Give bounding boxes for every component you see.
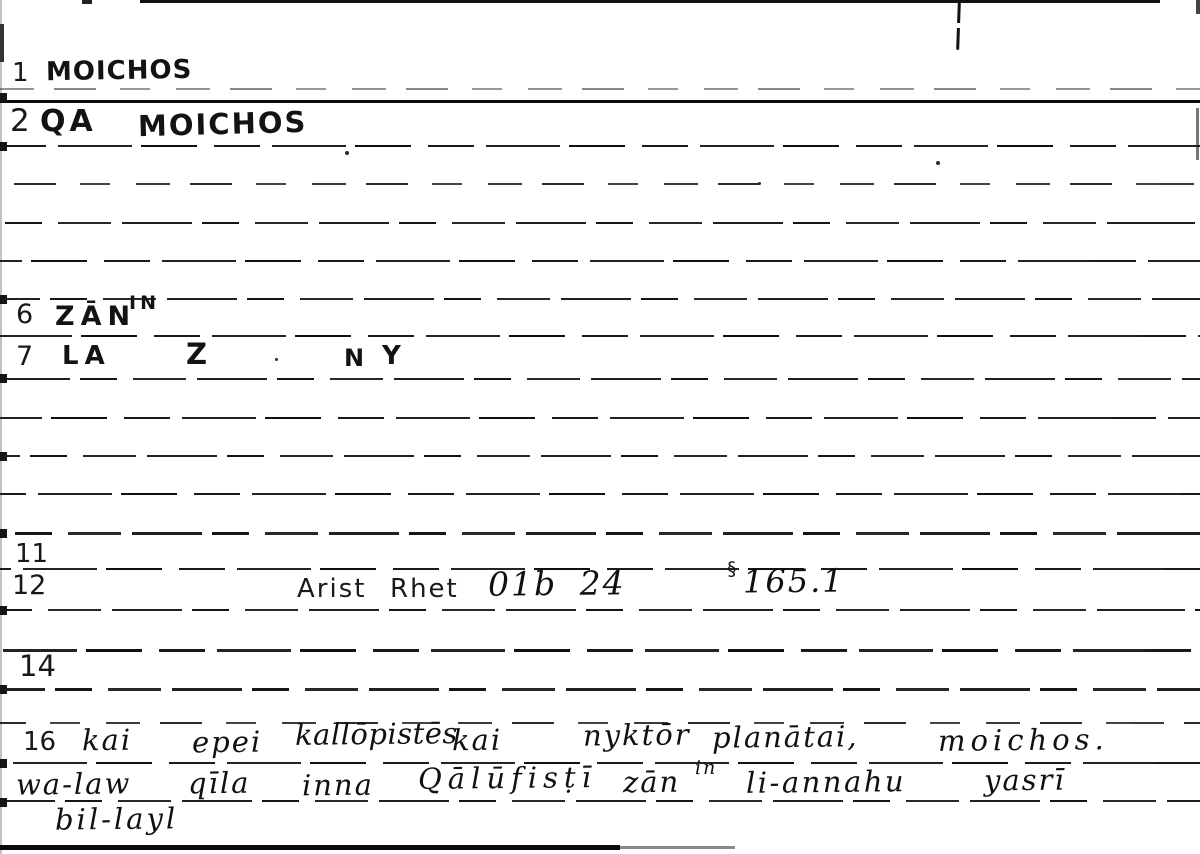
translit-word: bil-layl bbox=[55, 804, 178, 834]
scan-edge-artifact bbox=[1196, 108, 1199, 160]
quote-word: kai bbox=[452, 726, 502, 756]
section-number: 165.1 bbox=[743, 564, 845, 597]
nominative-ending-superscript: in bbox=[695, 759, 718, 778]
quote-word: moichos. bbox=[938, 725, 1109, 756]
speck bbox=[345, 151, 349, 155]
left-margin-tick bbox=[0, 374, 7, 383]
quote-word: nyktōr bbox=[583, 720, 691, 750]
quote-word: epei bbox=[192, 728, 262, 758]
letter-token-n: N bbox=[344, 346, 364, 370]
translit-word: yasrī bbox=[984, 766, 1066, 796]
translit-word: zān bbox=[623, 768, 681, 798]
source-abbreviation: QA bbox=[40, 107, 97, 137]
ruled-line bbox=[0, 100, 1200, 103]
translit-word: li-annahu bbox=[746, 767, 906, 798]
letter-token-y: Y bbox=[382, 343, 401, 369]
ruled-line bbox=[0, 335, 1200, 337]
row-number-2: 2 bbox=[10, 106, 30, 137]
headword: MOICHOS bbox=[46, 57, 193, 86]
ruled-line bbox=[0, 145, 1200, 147]
row-number-6: 6 bbox=[16, 301, 33, 328]
left-margin-tick bbox=[0, 529, 7, 538]
left-margin-tick bbox=[0, 142, 7, 151]
row-number-14: 14 bbox=[19, 652, 56, 681]
ruled-line bbox=[0, 609, 1200, 611]
quote-word: kai bbox=[82, 726, 132, 756]
ruled-line bbox=[0, 378, 1200, 380]
speck bbox=[275, 358, 278, 361]
ruled-line bbox=[0, 649, 1200, 652]
row-number-16: 16 bbox=[23, 729, 56, 755]
scan-edge-artifact bbox=[0, 0, 2, 854]
row-number-12: 12 bbox=[12, 572, 46, 599]
row-number-7: 7 bbox=[16, 343, 33, 370]
row-number-1: 1 bbox=[12, 60, 29, 86]
ruled-line bbox=[0, 493, 1200, 495]
translit-word: Qālūfisṭī bbox=[418, 763, 597, 794]
ruled-line bbox=[0, 688, 1200, 691]
citation-work: Rhet bbox=[390, 576, 459, 602]
translit-word: inna bbox=[302, 771, 374, 801]
ruled-line bbox=[0, 222, 1200, 224]
left-margin-tick bbox=[0, 93, 7, 102]
scan-edge-artifact bbox=[82, 0, 92, 4]
section-mark: § bbox=[727, 560, 737, 579]
citation-locus: 01b 24 bbox=[488, 566, 626, 600]
scan-edge-artifact bbox=[1196, 0, 1200, 14]
scan-edge-artifact bbox=[140, 0, 1160, 3]
arabic-gloss-word: ZĀN bbox=[55, 303, 136, 330]
quote-word: planātai, bbox=[712, 722, 859, 753]
ruled-line bbox=[0, 800, 1200, 802]
ruled-line bbox=[0, 183, 1200, 185]
ruled-line bbox=[0, 455, 1200, 457]
row-number-11: 11 bbox=[15, 541, 48, 567]
ruled-line bbox=[0, 260, 1200, 262]
translit-word: qīla bbox=[188, 769, 251, 799]
translit-word: wa-law bbox=[16, 769, 132, 799]
left-margin-tick bbox=[0, 606, 7, 615]
left-margin-tick bbox=[0, 685, 7, 694]
ruled-line bbox=[0, 532, 1200, 535]
speck bbox=[936, 161, 940, 165]
pen-stroke-mark bbox=[956, 2, 961, 50]
ruled-line bbox=[0, 417, 1200, 419]
scan-edge-artifact bbox=[0, 24, 4, 62]
ruled-line bbox=[0, 88, 1200, 90]
left-margin-tick bbox=[0, 452, 7, 461]
citation-author: Arist bbox=[297, 576, 366, 602]
letter-token-z: Z bbox=[186, 340, 207, 369]
quote-word: kallōpistēs bbox=[295, 719, 458, 750]
ruled-line bbox=[620, 846, 735, 849]
headword-repeat: MOICHOS bbox=[138, 108, 308, 141]
left-margin-tick bbox=[0, 798, 7, 807]
ruled-line bbox=[0, 298, 1200, 300]
left-margin-tick bbox=[0, 759, 7, 768]
index-card: 1 MOICHOS 2 QA MOICHOS 6 ZĀN IN 7 LA Z N… bbox=[0, 0, 1200, 854]
ruled-line bbox=[0, 845, 620, 850]
nominative-ending-superscript: IN bbox=[129, 294, 160, 313]
left-margin-tick bbox=[0, 295, 7, 304]
letter-token-la: LA bbox=[62, 343, 111, 369]
speck bbox=[758, 182, 761, 185]
